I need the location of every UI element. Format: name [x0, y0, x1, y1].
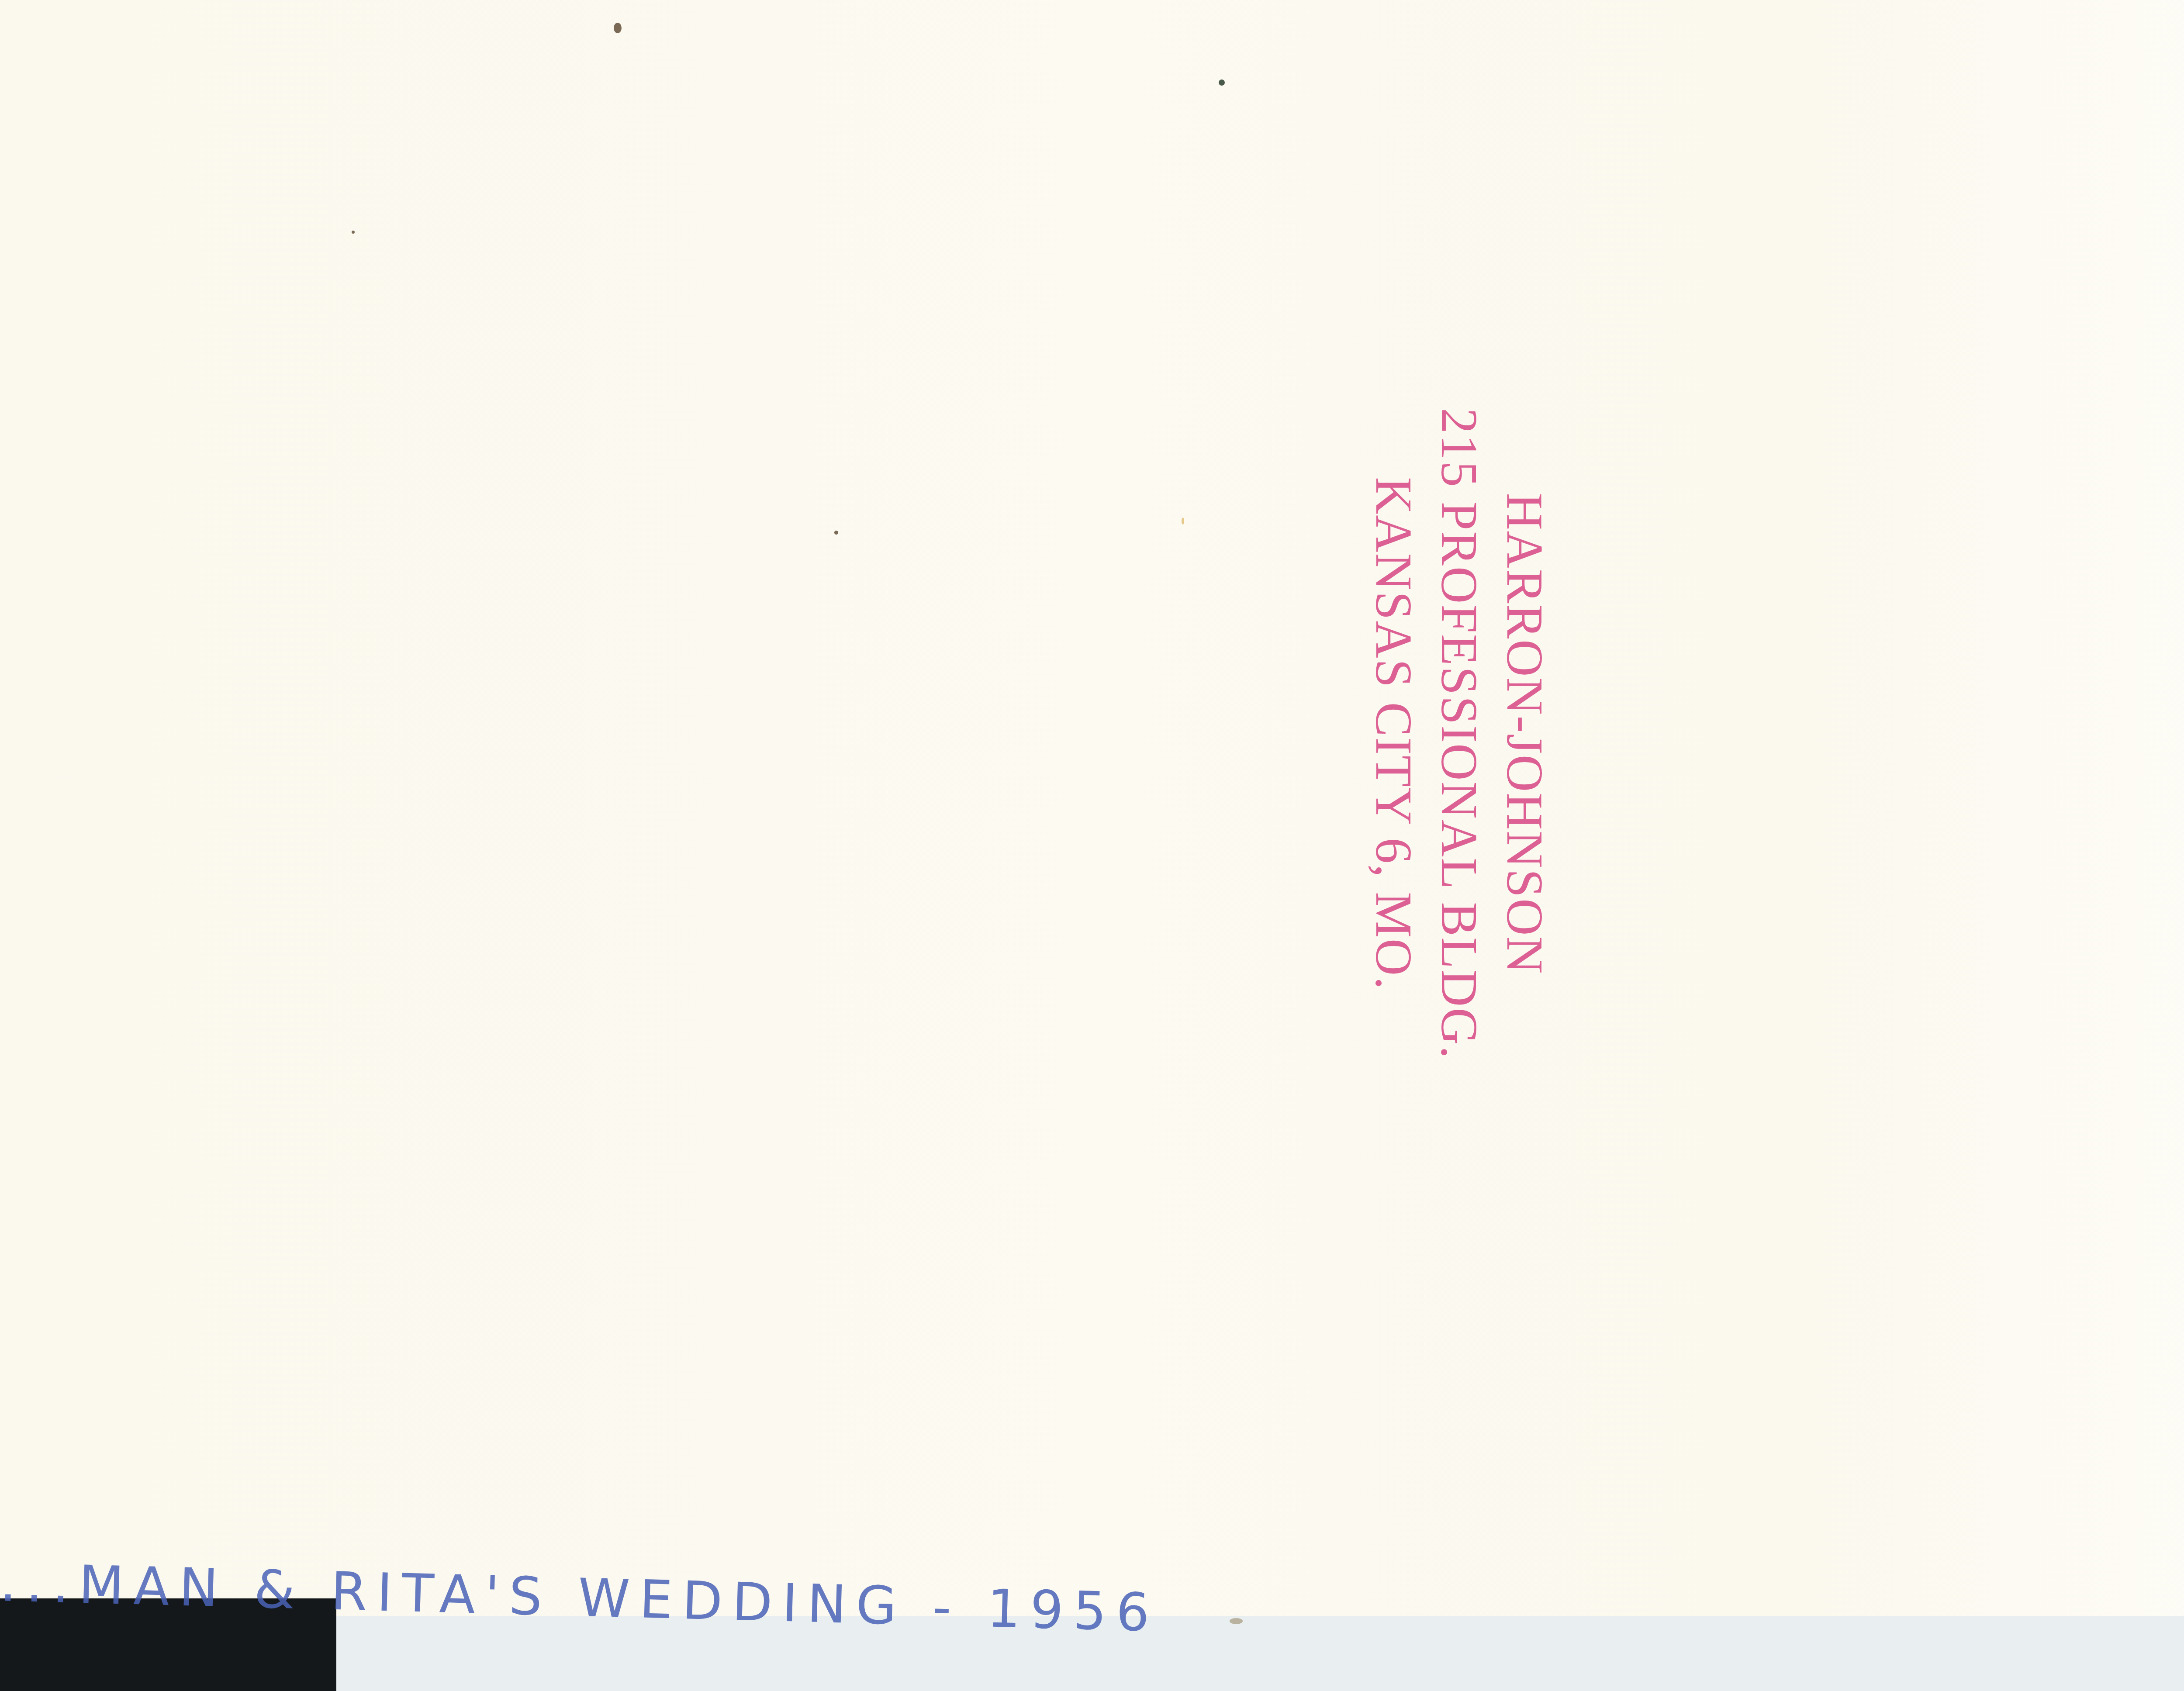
photo-back-paper — [0, 0, 2184, 1625]
stamp-address: 215 PROFESSIONAL BLDG. — [1426, 408, 1492, 1059]
speck — [1182, 518, 1184, 525]
speck — [1230, 1618, 1243, 1624]
speck — [834, 531, 838, 535]
stamp-city: KANSAS CITY 6, MO. — [1361, 408, 1426, 1059]
studio-stamp: HARRON-JOHNSON 215 PROFESSIONAL BLDG. KA… — [1363, 411, 1555, 1057]
speck — [1219, 79, 1225, 86]
stamp-studio-name: HARRON-JOHNSON — [1492, 408, 1557, 1059]
speck — [352, 231, 355, 234]
speck — [614, 23, 622, 33]
